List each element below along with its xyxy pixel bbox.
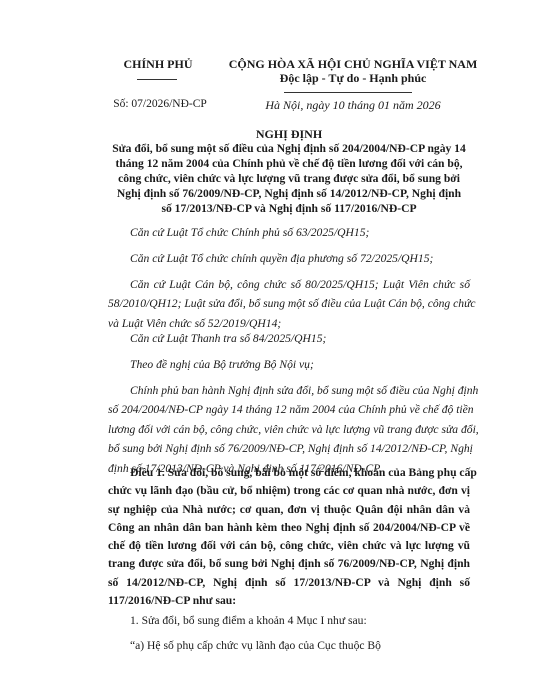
title-line: số 17/2013/NĐ-CP và Nghị định số 117/201… xyxy=(102,201,476,216)
preamble-basis-local-gov-law: Căn cứ Luật Tổ chức chính quyền địa phươ… xyxy=(108,249,470,268)
title-line: tháng 12 năm 2004 của Chính phủ về chế đ… xyxy=(102,156,476,171)
clause-1: 1. Sửa đổi, bổ sung điểm a khoản 4 Mục I… xyxy=(130,614,367,627)
point-a: “a) Hệ số phụ cấp chức vụ lãnh đạo của C… xyxy=(130,639,381,652)
title-line: Sửa đổi, bổ sung một số điều của Nghị đị… xyxy=(102,141,476,156)
national-motto: Độc lập - Tự do - Hạnh phúc xyxy=(228,71,478,86)
document-type: NGHỊ ĐỊNH xyxy=(108,127,470,142)
preamble-basis-civil-servant-law: Căn cứ Luật Cán bộ, công chức số 80/2025… xyxy=(108,275,470,333)
title-line: công chức, viên chức và lực lượng vũ tra… xyxy=(102,171,476,186)
document-title: Sửa đổi, bổ sung một số điều của Nghị đị… xyxy=(102,141,476,216)
document-number: Số: 07/2026/NĐ-CP xyxy=(108,98,212,110)
preamble-basis-inspection-law: Căn cứ Luật Thanh tra số 84/2025/QH15; xyxy=(108,329,470,348)
place-and-date: Hà Nội, ngày 10 tháng 01 năm 2026 xyxy=(228,98,478,113)
preamble-basis-gov-law: Căn cứ Luật Tổ chức Chính phủ số 63/2025… xyxy=(108,223,470,242)
article-1-heading: Điều 1. Sửa đổi, bổ sung, bãi bỏ một số … xyxy=(108,464,470,610)
document-page: CHÍNH PHỦ Số: 07/2026/NĐ-CP CỘNG HÒA XÃ … xyxy=(0,0,540,699)
title-line: Nghị định số 76/2009/NĐ-CP, Nghị định số… xyxy=(102,186,476,201)
motto-underline xyxy=(284,92,412,93)
national-title: CỘNG HÒA XÃ HỘI CHỦ NGHĨA VIỆT NAM xyxy=(228,57,478,72)
preamble-proposal: Theo đề nghị của Bộ trưởng Bộ Nội vụ; xyxy=(108,355,470,374)
issuing-agency: CHÍNH PHỦ xyxy=(108,57,208,72)
agency-underline xyxy=(137,79,177,80)
